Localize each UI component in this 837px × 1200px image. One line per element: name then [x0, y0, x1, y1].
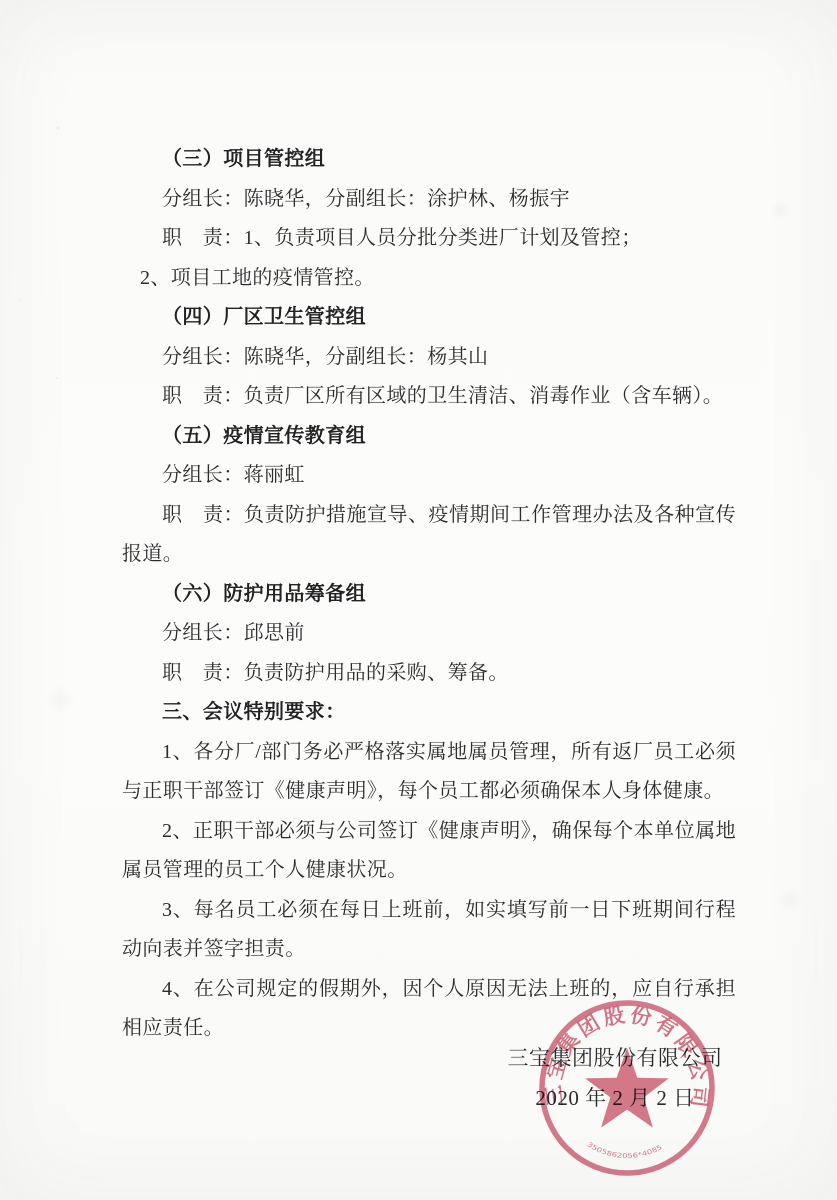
company-seal: 三宝集团股份有限公司 3505862056*4085 — [527, 988, 727, 1188]
duty-line: 职 责：负责防护用品的采购、筹备。 — [122, 654, 736, 694]
duty-line: 职 责：负责厂区所有区域的卫生清洁、消毒作业（含车辆）。 — [122, 377, 736, 417]
requirement-item-1: 1、各分厂/部门务必严格落实属地属员管理，所有返厂员工必须与正职干部签订《健康声… — [122, 733, 736, 812]
duty-line: 职 责：负责防护措施宣导、疫情期间工作管理办法及各种宣传报道。 — [122, 496, 736, 575]
group-leader-line: 分组长：陈晓华，分副组长：杨其山 — [122, 338, 736, 378]
seal-serial-number: 3505862056*4085 — [586, 1140, 664, 1160]
group-leader-line: 分组长：蒋丽虹 — [122, 456, 736, 496]
requirement-item-2: 2、正职干部必须与公司签订《健康声明》，确保每个本单位属地属员管理的员工个人健康… — [122, 812, 736, 891]
group-leader-line: 分组长：邱思前 — [122, 614, 736, 654]
section-heading-3: （三）项目管控组 — [122, 140, 736, 180]
duty-line-continued: 2、项目工地的疫情管控。 — [122, 259, 736, 299]
section-heading-5: （五）疫情宣传教育组 — [122, 417, 736, 457]
section-heading-6: （六）防护用品筹备组 — [122, 575, 736, 615]
requirement-item-3: 3、每名员工必须在每日上班前，如实填写前一日下班期间行程动向表并签字担责。 — [122, 891, 736, 970]
group-leader-line: 分组长：陈晓华，分副组长：涂护林、杨振宇 — [122, 180, 736, 220]
duty-line: 职 责：1、负责项目人员分批分类进厂计划及管控； — [122, 219, 736, 259]
section-heading-4: （四）厂区卫生管控组 — [122, 298, 736, 338]
scanned-page: （三）项目管控组 分组长：陈晓华，分副组长：涂护林、杨振宇 职 责：1、负责项目… — [0, 0, 837, 1200]
document-body: （三）项目管控组 分组长：陈晓华，分副组长：涂护林、杨振宇 职 责：1、负责项目… — [122, 140, 736, 1049]
requirements-heading: 三、会议特别要求： — [122, 693, 736, 733]
star-icon — [585, 1048, 669, 1128]
